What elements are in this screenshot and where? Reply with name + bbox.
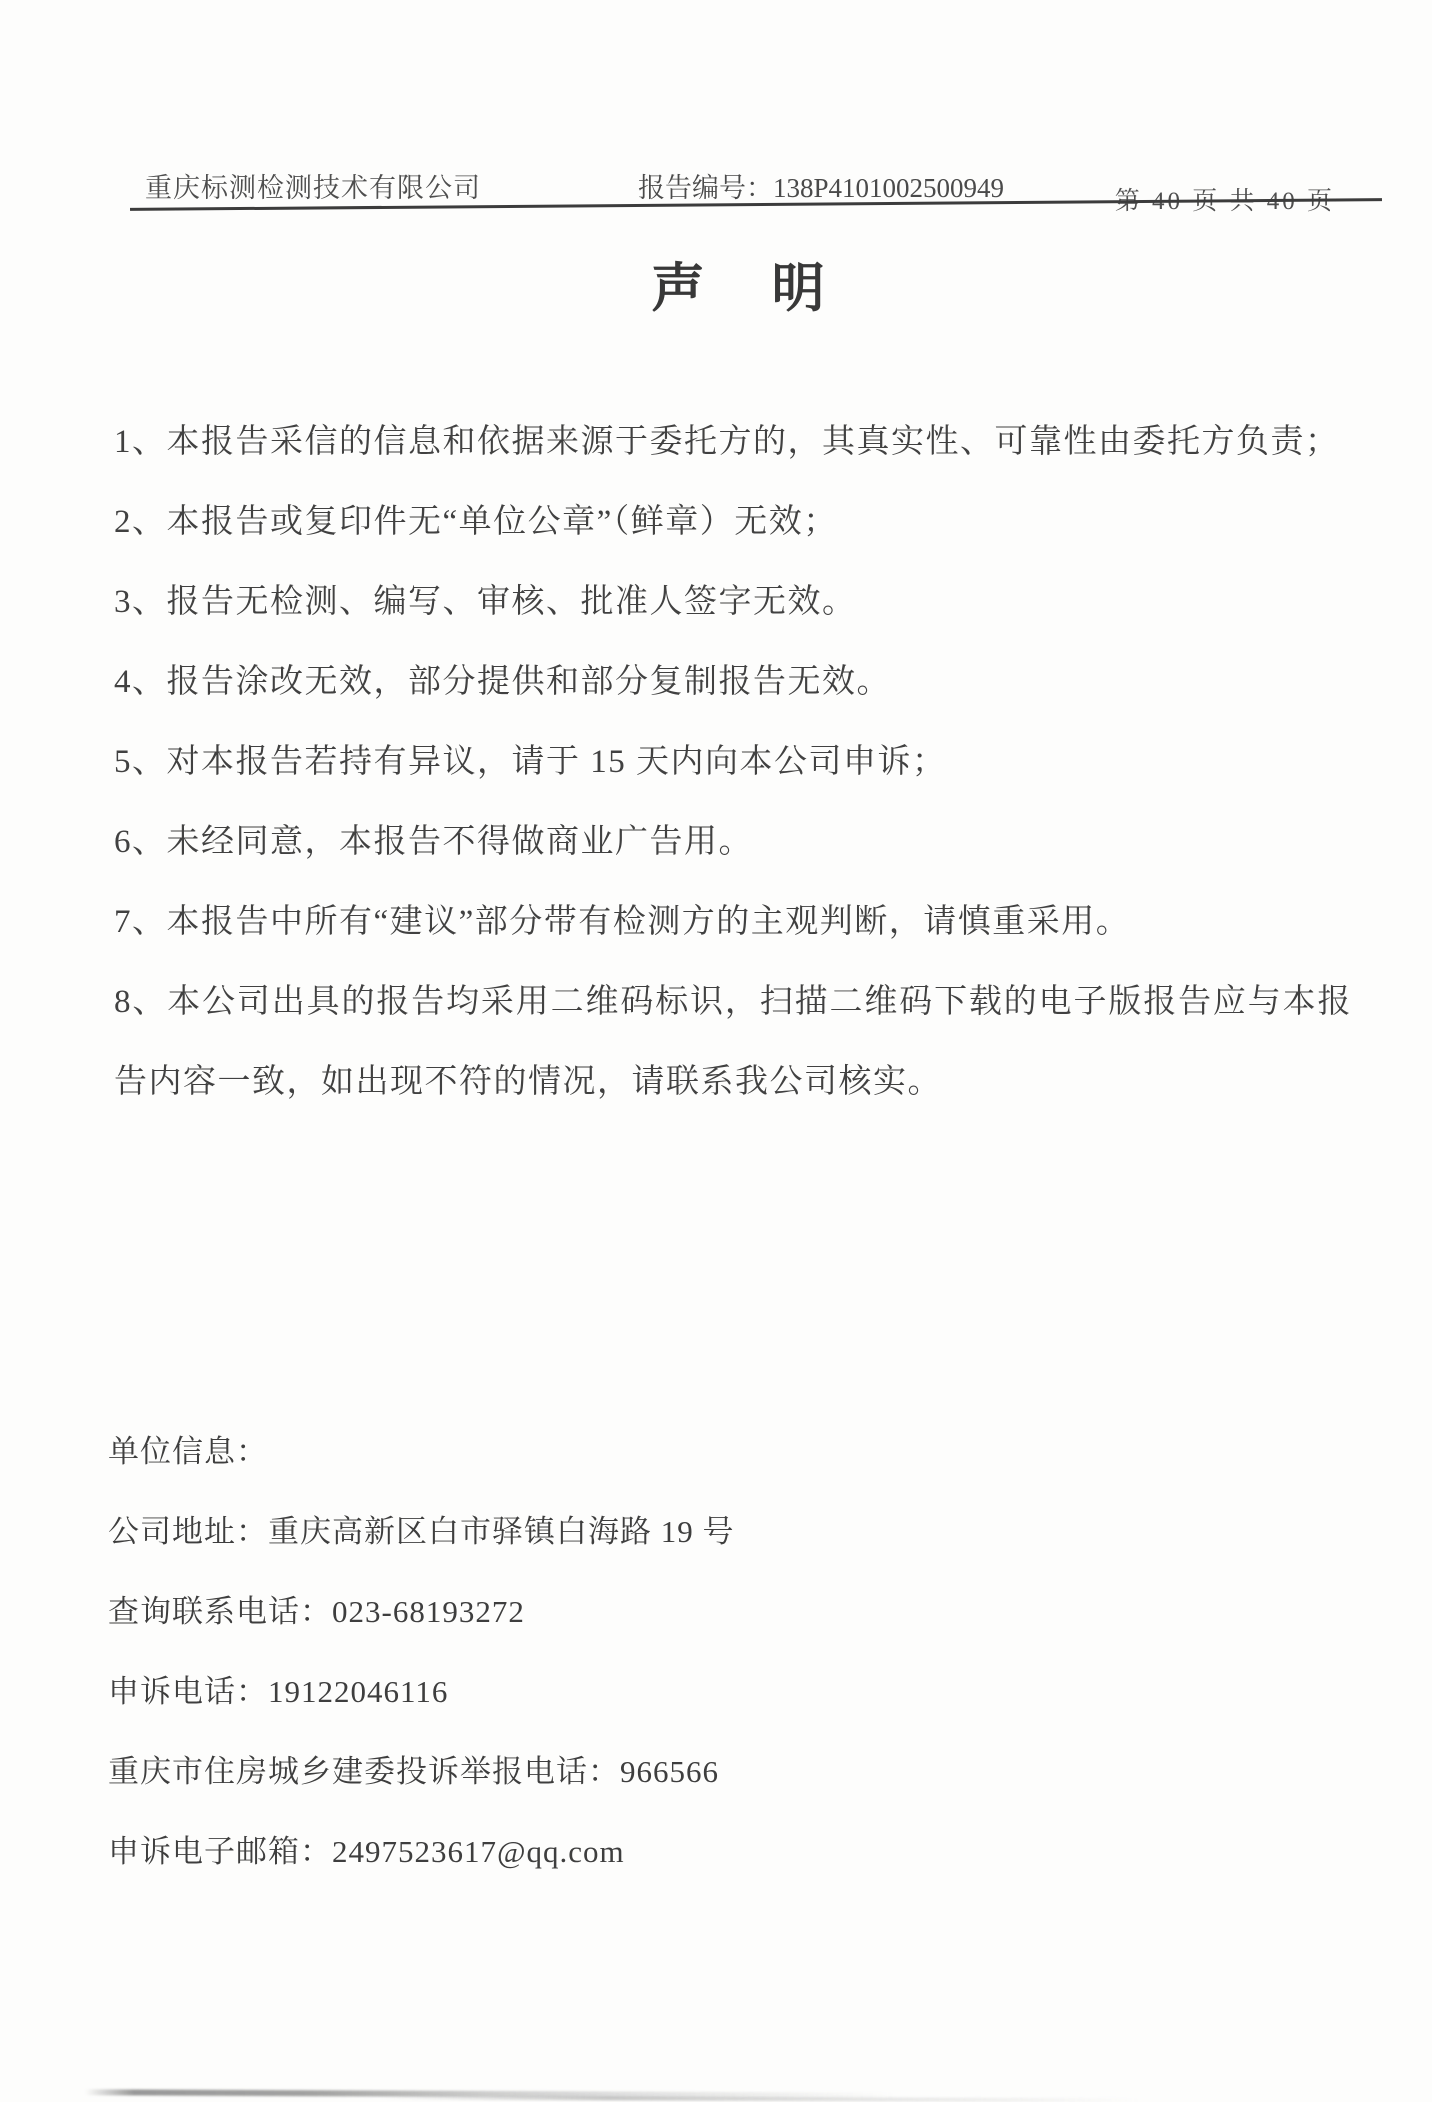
- company-info-line: 重庆市住房城乡建委投诉举报电话：966566: [108, 1732, 1348, 1812]
- report-number: 报告编号：138P4101002500949: [638, 166, 1004, 205]
- info-label: 查询联系电话：: [108, 1594, 332, 1629]
- statement-item: 3、报告无检测、编写、审核、批准人签字无效。: [114, 562, 1352, 642]
- info-value: 966566: [620, 1754, 719, 1789]
- statements-list: 1、本报告采信的信息和依据来源于委托方的，其真实性、可靠性由委托方负责；2、本报…: [114, 402, 1352, 1122]
- info-value: 重庆高新区白市驿镇白海路 19 号: [268, 1514, 735, 1549]
- document-title: 声 明: [0, 246, 1432, 322]
- statement-item: 1、本报告采信的信息和依据来源于委托方的，其真实性、可靠性由委托方负责；: [114, 402, 1352, 482]
- company-info: 单位信息： 公司地址：重庆高新区白市驿镇白海路 19 号查询联系电话：023-6…: [108, 1412, 1348, 1892]
- statement-item: 7、本报告中所有“建议”部分带有检测方的主观判断，请慎重采用。: [114, 882, 1352, 962]
- report-page: 重庆标测检测技术有限公司 报告编号：138P4101002500949 第 40…: [0, 0, 1432, 2102]
- statement-item: 5、对本报告若持有异议，请于 15 天内向本公司申诉；: [114, 722, 1352, 802]
- info-value: 2497523617@qq.com: [332, 1834, 625, 1869]
- info-label: 申诉电话：: [108, 1674, 268, 1709]
- info-label: 重庆市住房城乡建委投诉举报电话：: [108, 1754, 620, 1789]
- company-info-line: 申诉电子邮箱：2497523617@qq.com: [108, 1812, 1348, 1892]
- info-value: 023-68193272: [332, 1594, 525, 1629]
- info-label: 公司地址：: [108, 1514, 268, 1549]
- company-info-lines: 公司地址：重庆高新区白市驿镇白海路 19 号查询联系电话：023-6819327…: [108, 1492, 1348, 1892]
- report-number-value: 138P4101002500949: [773, 173, 1004, 203]
- statement-item: 2、本报告或复印件无“单位公章”（鲜章）无效；: [114, 482, 1352, 562]
- company-name: 重庆标测检测技术有限公司: [145, 166, 481, 205]
- statement-item: 8、本公司出具的报告均采用二维码标识，扫描二维码下载的电子版报告应与本报告内容一…: [114, 962, 1352, 1122]
- info-label: 申诉电子邮箱：: [108, 1834, 332, 1869]
- report-number-label: 报告编号：: [638, 173, 773, 203]
- company-info-line: 查询联系电话：023-68193272: [108, 1572, 1348, 1652]
- company-info-line: 公司地址：重庆高新区白市驿镇白海路 19 号: [108, 1492, 1348, 1572]
- statement-item: 4、报告涂改无效，部分提供和部分复制报告无效。: [114, 642, 1352, 722]
- company-info-line: 申诉电话：19122046116: [108, 1652, 1348, 1732]
- statement-item: 6、未经同意，本报告不得做商业广告用。: [114, 802, 1352, 882]
- scan-artifact-secondary: [380, 2096, 1140, 2102]
- info-value: 19122046116: [268, 1674, 448, 1709]
- company-info-heading: 单位信息：: [108, 1412, 1348, 1492]
